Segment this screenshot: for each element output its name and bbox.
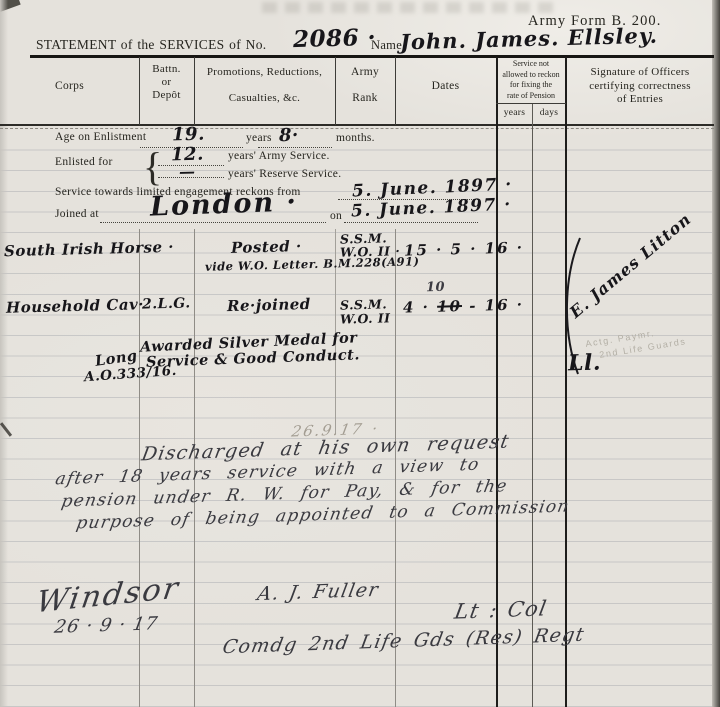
- col-header-rank-2: Rank: [335, 92, 395, 104]
- reserve-years-value: —: [179, 162, 196, 181]
- sig-header-line2: certifying correctness: [566, 80, 714, 94]
- col-header-promotions-2: Casualties, &c.: [194, 92, 335, 104]
- sig-header-line3: of Entries: [566, 93, 714, 107]
- pension-inner-rule: [496, 103, 566, 104]
- col-header-pension: Service not allowed to reckon for fixing…: [497, 59, 565, 101]
- row2-date-correction: 10: [426, 280, 445, 295]
- rule-top: [30, 55, 714, 58]
- joined-label: Joined at: [55, 208, 99, 220]
- col-header-dates: Dates: [395, 80, 496, 92]
- age-months-value: 8·: [279, 125, 299, 147]
- row1-rank-line2: W.O. II ·: [340, 243, 401, 260]
- row2-date-day: 4 ·: [403, 298, 438, 317]
- years-label: years: [246, 132, 272, 144]
- battn-line2: or: [139, 76, 194, 89]
- enlisted-brace: {: [143, 143, 163, 190]
- rule-header-bottom: [0, 124, 714, 126]
- army-service-label: years' Army Service.: [228, 150, 330, 162]
- pension-line2: allowed to reckon: [497, 70, 565, 81]
- pension-line1: Service not: [497, 59, 565, 70]
- col-header-corps: Corps: [0, 80, 139, 92]
- footer-rank: Lt : Col: [453, 596, 550, 623]
- signature-left-line: [565, 57, 567, 707]
- name-label: Name: [371, 38, 402, 53]
- row2-promotion: Re·joined: [227, 295, 311, 315]
- row1-date: 15 · 5 · 16 ·: [404, 238, 524, 259]
- age-years-value: 19.: [172, 124, 205, 146]
- age-label: Age on Enlistment: [55, 131, 146, 143]
- battn-line3: Depôt: [139, 89, 194, 102]
- months-label: months.: [336, 132, 375, 144]
- battn-line1: Battn.: [139, 63, 194, 76]
- reserve-service-label: years' Reserve Service.: [228, 168, 341, 180]
- col-header-rank-1: Army: [335, 66, 395, 78]
- row2-date-year: - 16 ·: [462, 295, 524, 315]
- joined-date-blank: [344, 222, 478, 223]
- col-header-battn: Battn. or Depôt: [139, 63, 194, 102]
- row2-battn: 2.L.G.: [142, 295, 191, 312]
- age-months-blank: [258, 147, 332, 148]
- sig-header-line1: Signature of Officers: [566, 66, 714, 80]
- pension-line4: rate of Pension: [497, 91, 565, 102]
- name-value: John. James. Ellsley.: [400, 23, 658, 55]
- pension-line3: for fixing the: [497, 80, 565, 91]
- col-header-signature: Signature of Officers certifying correct…: [566, 66, 714, 107]
- footer-signature: A. J. Fuller: [256, 579, 381, 605]
- row2-date-struck-month: 10: [437, 297, 462, 316]
- enlisted-label: Enlisted for: [55, 156, 113, 168]
- statement-title: STATEMENT of the SERVICES of No.: [36, 37, 266, 53]
- row2-corps: Household Cav·: [6, 295, 144, 317]
- col-header-years: years: [497, 108, 532, 118]
- initials-mark: Ll.: [568, 350, 602, 377]
- joined-place-value: London ·: [150, 186, 299, 222]
- joined-place-blank: [100, 222, 326, 223]
- left-edge-shade: [0, 0, 8, 707]
- row2-date: 4 · 10 - 16 ·: [403, 295, 524, 316]
- service-number: 2086 ·: [293, 24, 377, 53]
- army-form-b200-scan: Army Form B. 200. STATEMENT of the SERVI…: [0, 0, 720, 707]
- col-header-days: days: [533, 108, 565, 118]
- row1-corps: South Irish Horse ·: [4, 238, 174, 260]
- on-label: on: [330, 210, 342, 222]
- row2-rank-line2: W.O. II: [340, 310, 391, 326]
- rule-header-bottom-2: [0, 128, 714, 129]
- col-header-promotions-1: Promotions, Reductions,: [194, 66, 335, 78]
- row1-promotion: Posted ·: [231, 237, 302, 257]
- ghost-bleedthrough: [262, 2, 558, 13]
- footer-date: 26 · 9 · 17: [53, 613, 160, 638]
